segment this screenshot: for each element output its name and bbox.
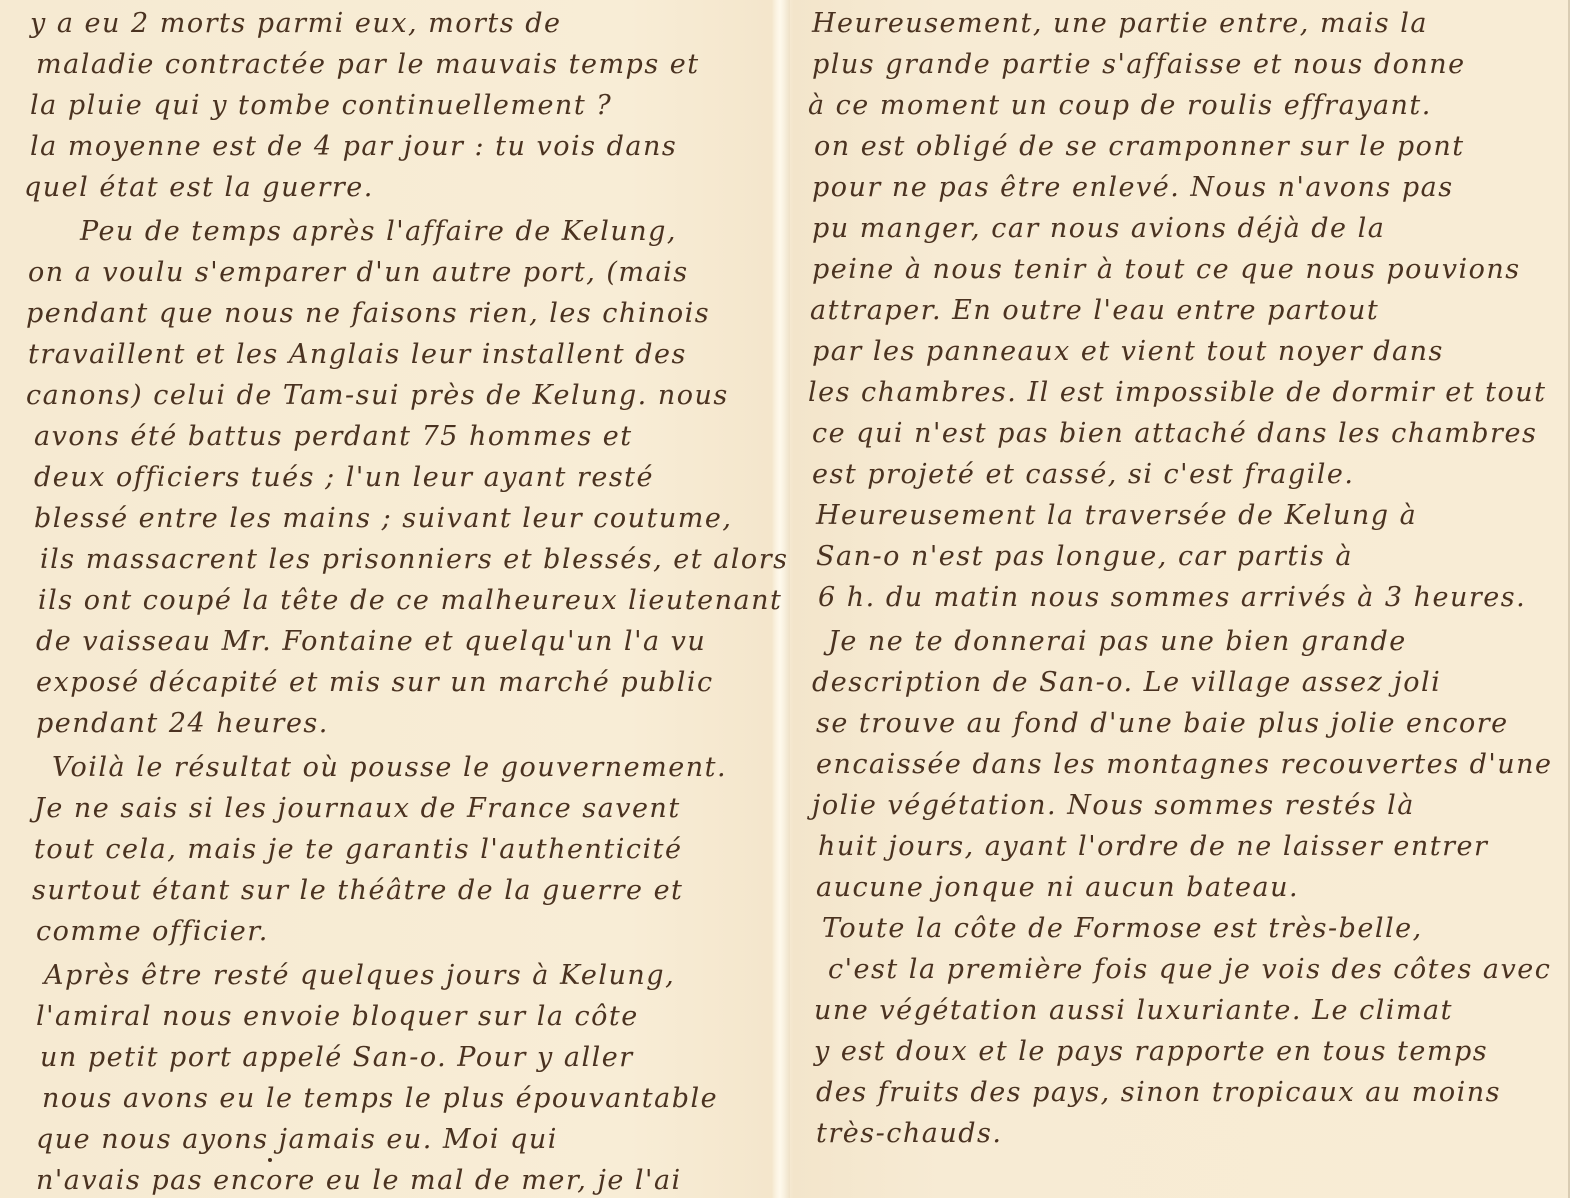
- text-line: la pluie qui y tombe continuellement ?: [30, 86, 612, 126]
- text-line: exposé décapité et mis sur un marché pub…: [36, 663, 714, 703]
- text-line: Je ne te donnerai pas une bien grande: [828, 622, 1407, 662]
- text-line: nous avons eu le temps le plus épouvanta…: [42, 1079, 718, 1119]
- text-line: attraper. En outre l'eau entre partout: [810, 291, 1379, 331]
- text-line: pu manger, car nous avions déjà de la: [812, 209, 1385, 249]
- text-line: la moyenne est de 4 par jour : tu vois d…: [30, 127, 677, 167]
- text-line: description de San-o. Le village assez j…: [812, 663, 1441, 703]
- text-line: une végétation aussi luxuriante. Le clim…: [814, 991, 1453, 1031]
- text-line: un petit port appelé San-o. Pour y aller: [40, 1038, 634, 1078]
- letter-spread: y a eu 2 morts parmi eux, morts de malad…: [0, 0, 1570, 1198]
- text-line: ils ont coupé la tête de ce malheureux l…: [38, 581, 782, 621]
- text-line: se trouve au fond d'une baie plus jolie …: [816, 704, 1509, 744]
- text-line: San-o n'est pas longue, car partis à: [816, 537, 1353, 577]
- text-line: Voilà le résultat où pousse le gouvernem…: [52, 748, 727, 788]
- text-line: deux officiers tués ; l'un leur ayant re…: [34, 458, 654, 498]
- text-line: de vaisseau Mr. Fontaine et quelqu'un l'…: [36, 622, 706, 662]
- text-line: travaillent et les Anglais leur installe…: [28, 335, 687, 375]
- text-line: c'est la première fois que je vois des c…: [828, 950, 1551, 990]
- text-line: des fruits des pays, sinon tropicaux au …: [816, 1073, 1501, 1113]
- text-line: surtout étant sur le théâtre de la guerr…: [32, 871, 683, 911]
- text-line: plus grande partie s'affaisse et nous do…: [812, 45, 1466, 85]
- text-line: Je ne sais si les journaux de France sav…: [34, 789, 681, 829]
- text-line: huit jours, ayant l'ordre de ne laisser …: [818, 827, 1488, 867]
- left-page: y a eu 2 morts parmi eux, morts de malad…: [22, 0, 772, 1198]
- text-line: à ce moment un coup de roulis effrayant.: [808, 86, 1432, 126]
- text-line: jolie végétation. Nous sommes restés là: [812, 786, 1415, 826]
- text-line: comme officier.: [36, 912, 269, 952]
- text-line: on est obligé de se cramponner sur le po…: [814, 127, 1465, 167]
- text-line: y est doux et le pays rapporte en tous t…: [814, 1032, 1488, 1072]
- text-line: l'amiral nous envoie bloquer sur la côte: [36, 997, 639, 1037]
- text-line: pour ne pas être enlevé. Nous n'avons pa…: [812, 168, 1454, 208]
- text-line: tout cela, mais je te garantis l'authent…: [34, 830, 682, 870]
- text-line: Après être resté quelques jours à Kelung…: [44, 956, 675, 996]
- text-line: blessé entre les mains ; suivant leur co…: [34, 499, 732, 539]
- text-line: ils massacrent les prisonniers et blessé…: [40, 540, 788, 580]
- text-line: y a eu 2 morts parmi eux, morts de: [30, 4, 561, 44]
- text-line: que nous ayons jamais eu. Moi qui: [36, 1120, 558, 1160]
- text-line: Peu de temps après l'affaire de Kelung,: [80, 212, 677, 252]
- text-line: aucune jonque ni aucun bateau.: [816, 868, 1299, 908]
- text-line: Heureusement la traversée de Kelung à: [816, 496, 1417, 536]
- text-line: canons) celui de Tam-sui près de Kelung.…: [26, 376, 729, 416]
- text-line: ce qui n'est pas bien attaché dans les c…: [812, 414, 1537, 454]
- text-line: on a voulu s'emparer d'un autre port, (m…: [28, 253, 689, 293]
- text-line: Heureusement, une partie entre, mais la: [812, 4, 1428, 44]
- text-line: n'avais pas encore eu le mal de mer, je …: [36, 1161, 682, 1198]
- right-page: Heureusement, une partie entre, mais la …: [808, 0, 1548, 1198]
- text-line: pendant 24 heures.: [36, 704, 329, 744]
- text-line: pendant que nous ne faisons rien, les ch…: [26, 294, 710, 334]
- text-line: maladie contractée par le mauvais temps …: [36, 45, 700, 85]
- text-line: par les panneaux et vient tout noyer dan…: [812, 332, 1444, 372]
- text-line: 6 h. du matin nous sommes arrivés à 3 he…: [818, 578, 1526, 618]
- text-line: Toute la côte de Formose est très-belle,: [822, 909, 1423, 949]
- text-line: très-chauds.: [816, 1114, 1002, 1154]
- text-line: peine à nous tenir à tout ce que nous po…: [812, 250, 1521, 290]
- text-line: les chambres. Il est impossible de dormi…: [808, 373, 1546, 413]
- text-line: encaissée dans les montagnes recouvertes…: [816, 745, 1553, 785]
- ink-mark: [268, 1158, 272, 1162]
- text-line: quel état est la guerre.: [24, 168, 374, 208]
- text-line: avons été battus perdant 75 hommes et: [34, 417, 633, 457]
- text-line: est projeté et cassé, si c'est fragile.: [812, 455, 1354, 495]
